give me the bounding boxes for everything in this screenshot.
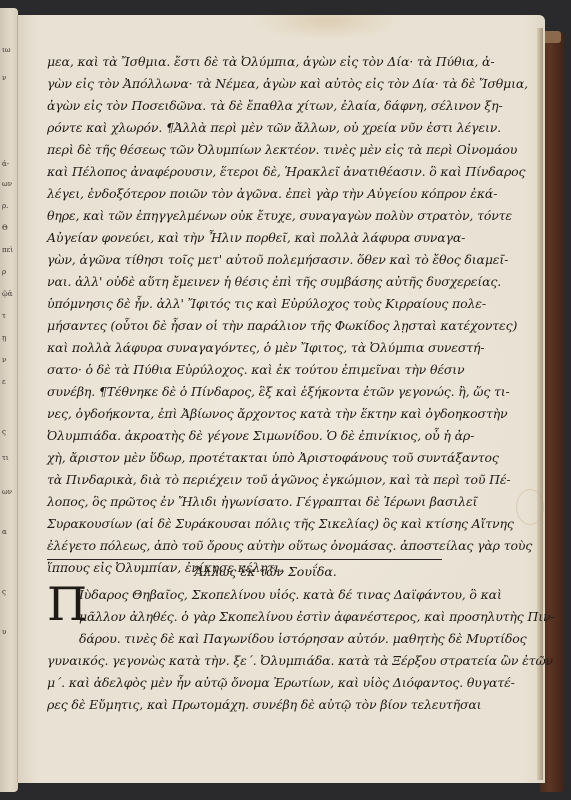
text-line: ναι. ἀλλ' οὐδὲ αὕτη ἔμεινεν ἡ θέσις ἐπὶ … [47,271,445,293]
left-page-fragment: ν [2,356,6,364]
text-line: καὶ πολλὰ λάφυρα συναγαγόντες, ὁ μὲν Ἴφι… [47,337,445,359]
left-page-fragment: τι [2,454,9,462]
paper-stain [516,489,544,525]
left-page-edge: ιω ν ά- ων ρ. Θ πεὶ ρ ῷἀ τ ῃ ν ε ς τι ων… [0,8,18,792]
text-line: χὴ, ἄριστον μὲν ὕδωρ, προτέτακται ὑπὸ Ἀρ… [47,447,445,469]
text-line: Συρακουσίων (αἱ δὲ Συράκουσαι πόλις τῆς … [47,513,445,535]
left-page-fragment: τ [2,312,6,320]
text-line: γὼν εἰς τὸν Ἀπόλλωνα· τὰ Νέμεα, ἀγὼν καὶ… [47,73,445,95]
left-page-fragment: πεὶ [2,246,13,254]
text-line: ρόντε καὶ χλωρόν. ¶Ἀλλὰ περὶ μὲν τῶν ἄλλ… [47,117,445,139]
section-heading-text: Ἄλλως ἐκ τῶν Σουΐδα. [194,564,337,579]
text-line: τὰ Πινδαρικὰ, διὰ τὸ περιέχειν τοῦ ἀγῶνο… [47,469,445,491]
text-line: περὶ δὲ τῆς θέσεως τῶν Ὀλυμπίων λεκτέον.… [47,139,445,161]
text-line: λέγει, ἐνδοξότερον ποιῶν τὸν ἀγῶνα. ἐπεὶ… [47,183,445,205]
text-line: ὑπόμνησις δὲ ἦν. ἀλλ' Ἴφιτός τις καὶ Εὐρ… [47,293,445,315]
left-page-fragment: ά- [2,160,9,168]
left-page-fragment: ς [2,428,6,436]
left-page-fragment: Θ [2,224,8,232]
left-page-fragment: ρ [2,268,6,276]
text-line: ἀγὼν εἰς τὸν Ποσειδῶνα. τὰ δὲ ἔπαθλα χίτ… [47,95,445,117]
left-page-fragment: α [2,528,7,536]
text-line: Αὐγείαν φονεύει, καὶ τὴν Ἦλιν πορθεῖ, κα… [47,227,445,249]
left-page-fragment: ς [2,588,6,596]
text-line: μᾶλλον ἀληθές. ὁ γὰρ Σκοπελίνου ἐστὶν ἀφ… [79,606,445,628]
text-line: λοπος, ὃς πρῶτος ἐν Ἤλιδι ἠγωνίσατο. Γέγ… [47,491,445,513]
left-page-fragment: ιω [2,46,10,54]
left-page-fragment: ων [2,488,12,496]
text-line: μεα, καὶ τὰ Ἴσθμια. ἔστι δὲ τὰ Ὀλύμπια, … [47,51,445,73]
left-page-fragment: ῷἀ [2,290,12,298]
left-page-fragment: ων [2,180,12,188]
text-line: δάρου. τινὲς δὲ καὶ Παγωνίδου ἱστόρησαν … [79,628,445,650]
text-line: νες, ὀγδοήκοντα, ἐπὶ Ἀβίωνος ἄρχοντος κα… [47,403,445,425]
left-page-fragment: υ [2,628,6,636]
text-line: μ΄. καὶ ἀδελφὸς μὲν ἦν αὐτῷ ὄνομα Ἐρωτίω… [47,672,445,694]
text-line: Ιὺδαρος Θηβαῖος, Σκοπελίνου υἱός. κατὰ δ… [79,584,445,606]
section-divider-rule [47,559,442,560]
text-line: θηρε, καὶ τῶν ἐπηγγελμένων οὐκ ἔτυχε, συ… [47,205,445,227]
text-line: καὶ Πέλοπος ἀναφέρουσιν, ἕτεροι δὲ, Ἡρακ… [47,161,445,183]
text-line: ρες δὲ Εὔμητις, καὶ Πρωτομάχη. συνέβη δὲ… [47,694,445,716]
text-line: σατο· ὁ δὲ τὰ Πύθια Εὐρύλοχος. καὶ ἐκ το… [47,359,445,381]
text-line: Ὀλυμπιάδα. ἀκροατὴς δὲ γέγονε Σιμωνίδου.… [47,425,445,447]
text-line: γυναικός. γεγονὼς κατὰ τὴν. ξε΄. Ὀλυμπιά… [47,650,445,672]
text-line: ἐλέγετο πόλεως, ἀπὸ τοῦ ὄρους αὐτὴν οὕτω… [47,535,445,557]
text-line: συνέβη. ¶Τέθνηκε δὲ ὁ Πίνδαρος, ἓξ καὶ ἑ… [47,381,445,403]
left-page-fragment: ῃ [2,334,6,342]
left-page-fragment: ε [2,378,6,386]
drop-cap-initial: Π [47,584,77,624]
left-page-fragment: ν [2,74,6,82]
text-line: γὼν, ἀγῶνα τίθησι τοῖς μετ' αὐτοῦ πολεμή… [47,249,445,271]
text-line: μήσαντες (οὗτοι δὲ ἦσαν οἱ τὴν παράλιον … [47,315,445,337]
left-page-fragment: ρ. [2,202,8,210]
